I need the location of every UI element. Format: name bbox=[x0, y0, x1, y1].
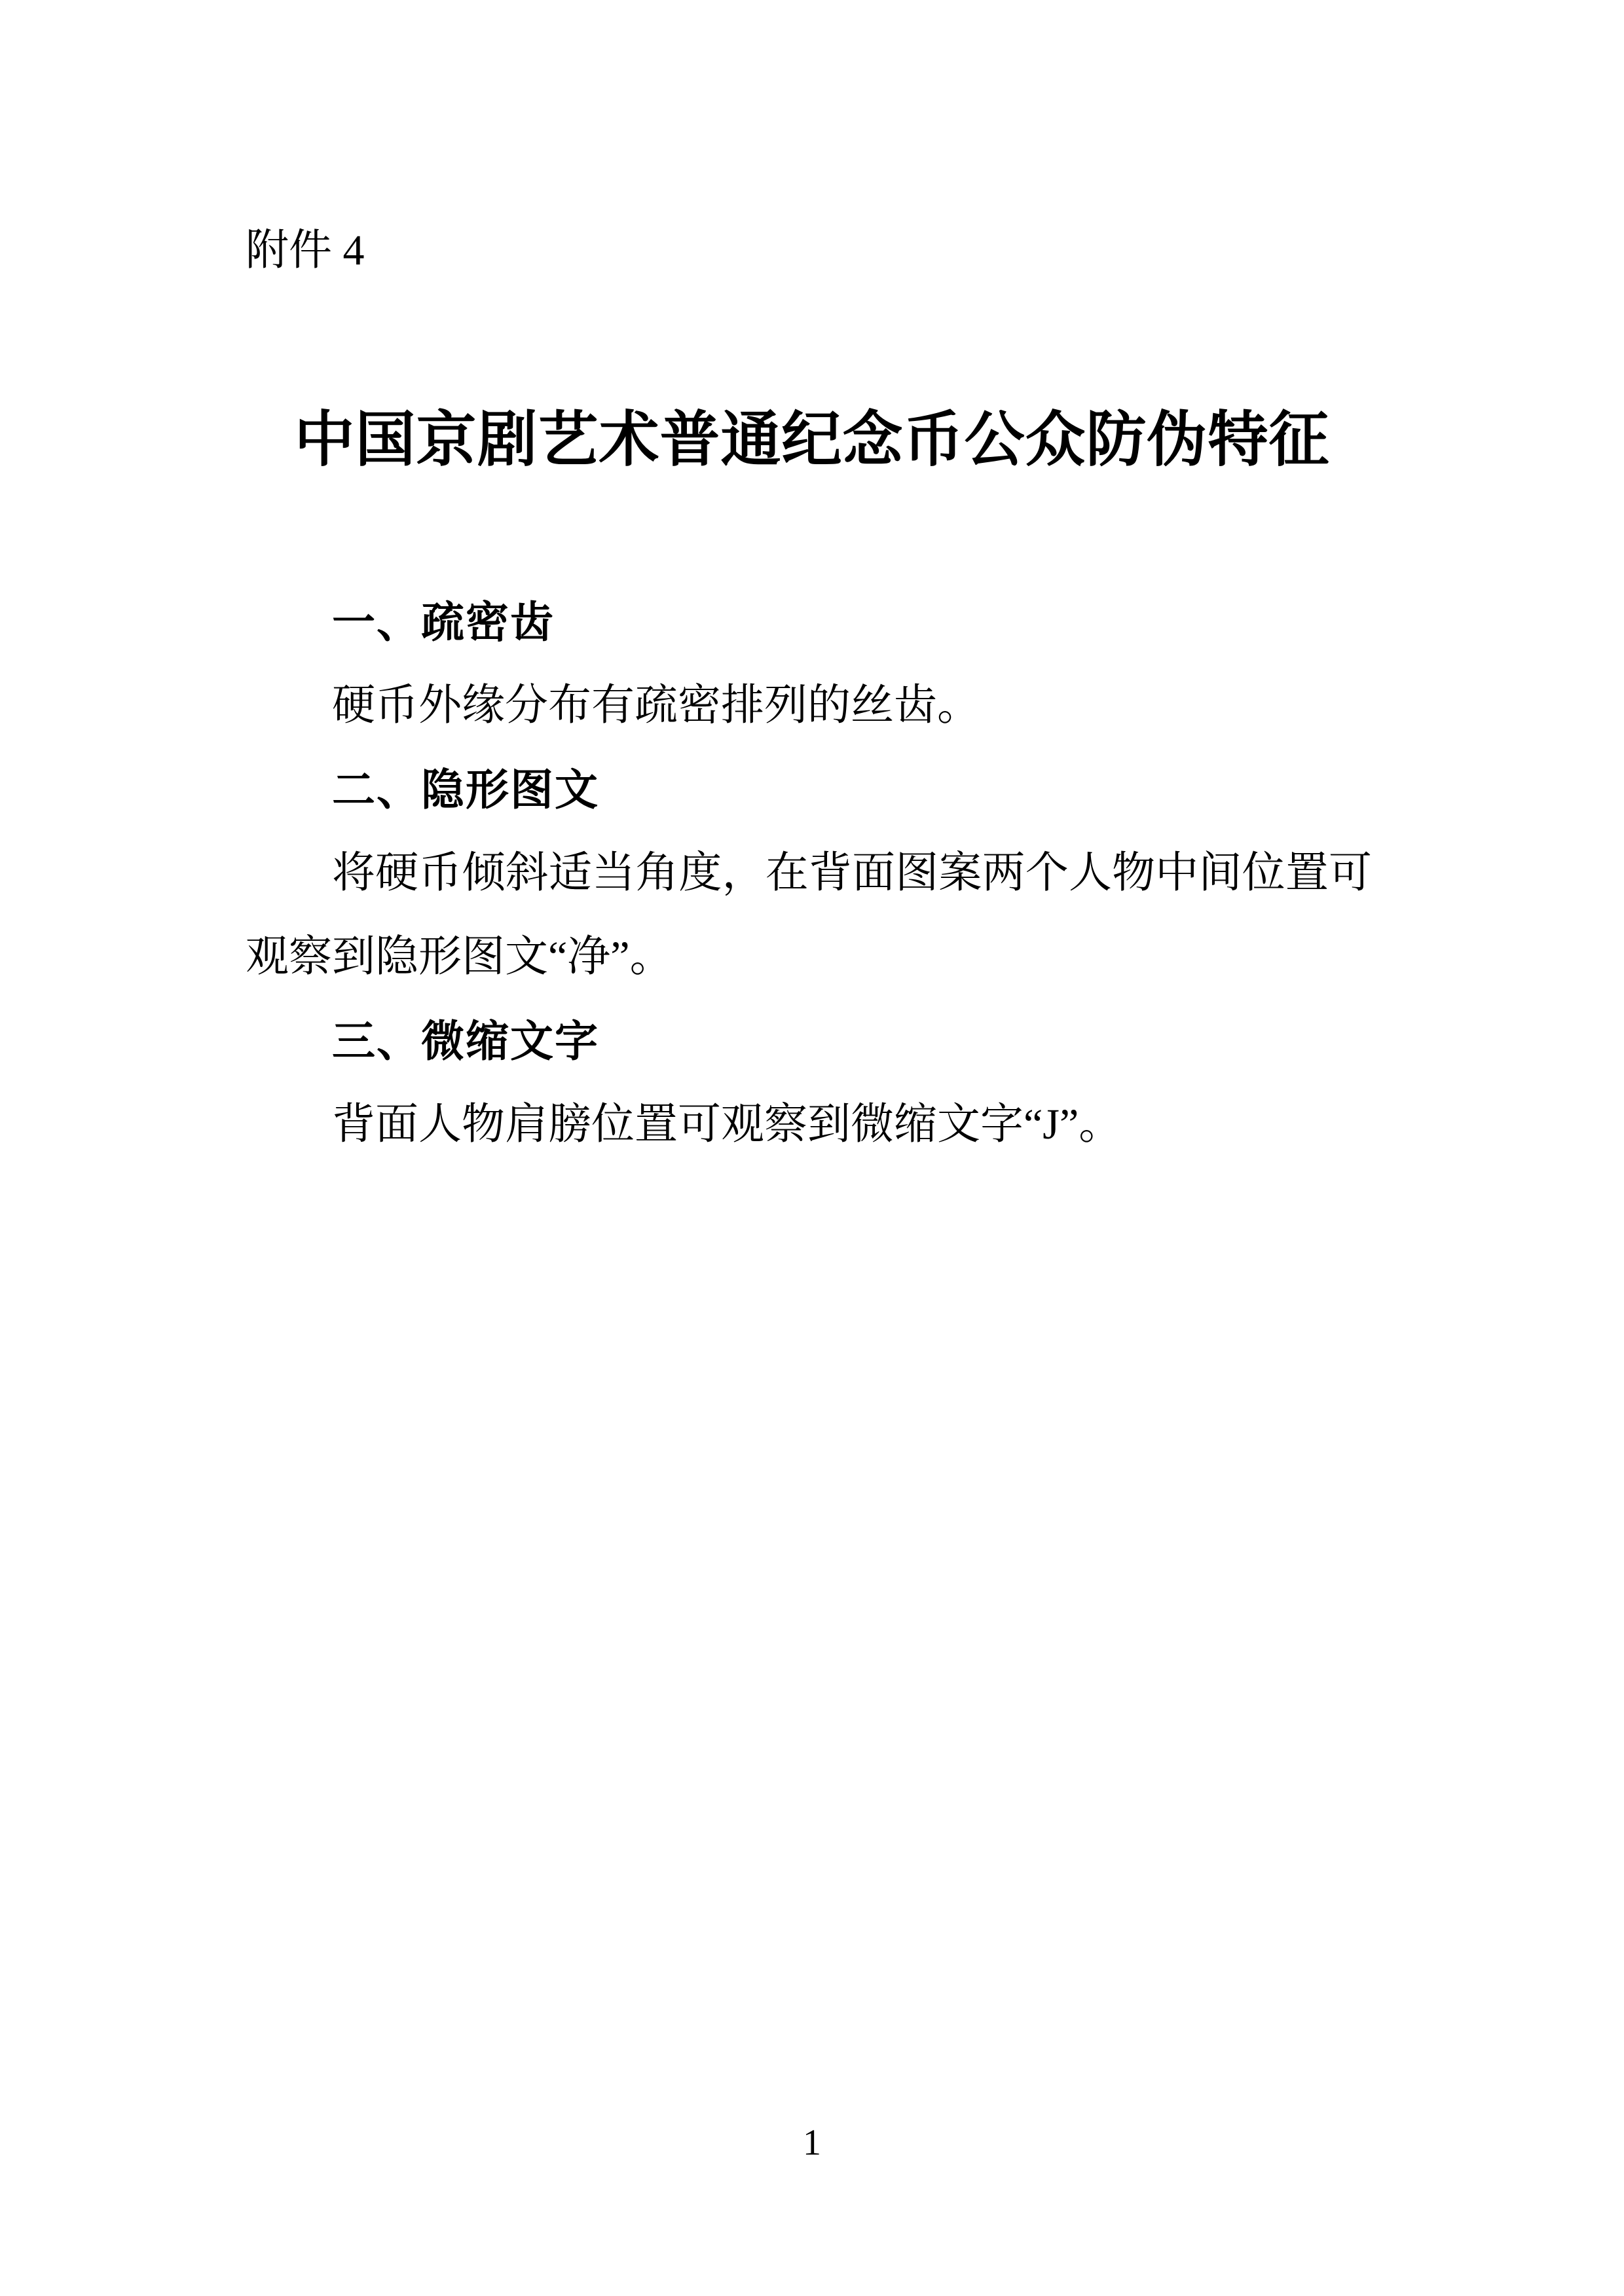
attachment-label: 附件 4 bbox=[246, 221, 365, 280]
section-heading-1: 一、疏密齿 bbox=[246, 580, 1372, 664]
section-heading-3: 三、微缩文字 bbox=[246, 999, 1372, 1083]
section-paragraph-1: 硬币外缘分布有疏密排列的丝齿。 bbox=[246, 664, 1372, 748]
section-heading-2: 二、隐形图文 bbox=[246, 748, 1372, 831]
section-paragraph-2: 将硬币倾斜适当角度，在背面图案两个人物中间位置可观察到隐形图文“净”。 bbox=[246, 831, 1372, 999]
document-body: 一、疏密齿 硬币外缘分布有疏密排列的丝齿。 二、隐形图文 将硬币倾斜适当角度，在… bbox=[246, 580, 1372, 1167]
page-number: 1 bbox=[0, 2120, 1624, 2166]
section-paragraph-3: 背面人物肩膀位置可观察到微缩文字“J”。 bbox=[246, 1083, 1372, 1167]
document-title: 中国京剧艺术普通纪念币公众防伪特征 bbox=[0, 394, 1624, 486]
document-page: 附件 4 中国京剧艺术普通纪念币公众防伪特征 一、疏密齿 硬币外缘分布有疏密排列… bbox=[0, 0, 1624, 2296]
